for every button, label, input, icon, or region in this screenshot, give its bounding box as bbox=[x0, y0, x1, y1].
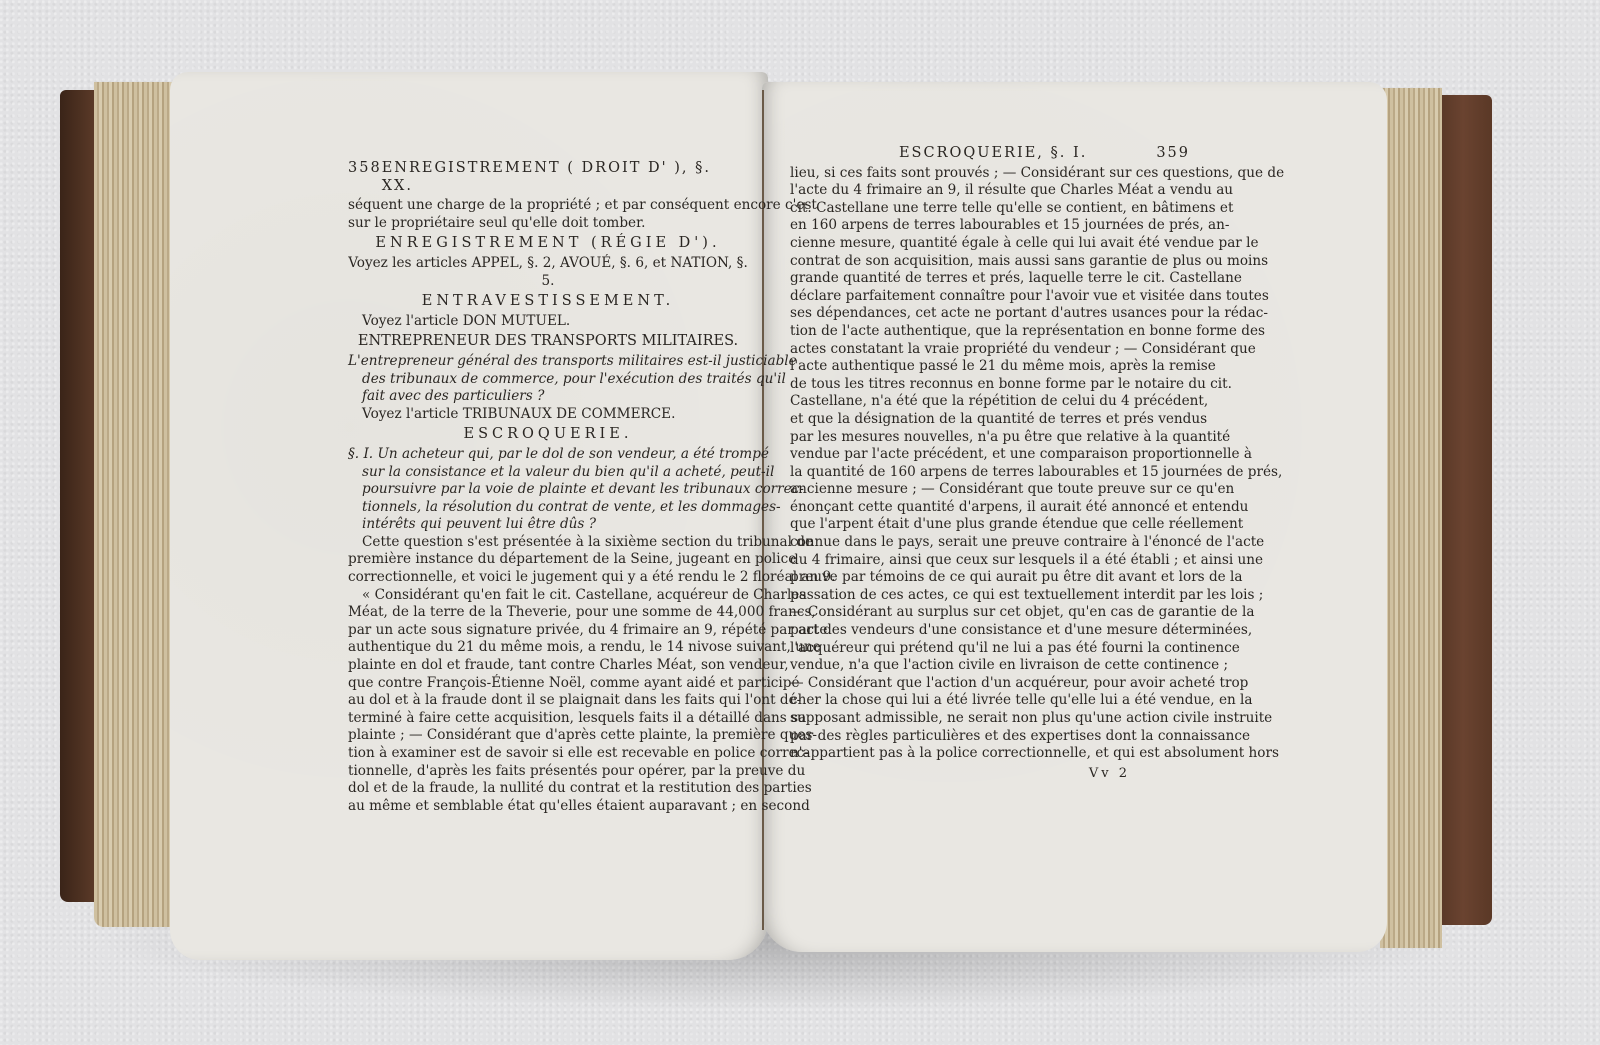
question-line: des tribunaux de commerce, pour l'exécut… bbox=[348, 371, 748, 389]
left-page-number: 358 bbox=[348, 160, 382, 195]
text-line: Castellane, n'a été que la répétition de… bbox=[790, 393, 1190, 411]
text-line: déclare parfaitement connaître pour l'av… bbox=[790, 288, 1190, 306]
text-line: authentique du 21 du même mois, a rendu,… bbox=[348, 639, 748, 657]
entry-title-escroquerie: ESCROQUERIE. bbox=[348, 426, 748, 444]
text-line: et que la désignation de la quantité de … bbox=[790, 411, 1190, 429]
text-line: tionnelle, d'après les faits présentés p… bbox=[348, 763, 748, 781]
text-line: cit. Castellane une terre telle qu'elle … bbox=[790, 200, 1190, 218]
text-line: que contre François-Étienne Noël, comme … bbox=[348, 675, 748, 693]
text-line: ses dépendances, cet acte ne portant d'a… bbox=[790, 305, 1190, 323]
text-line: passation de ces actes, ce qui est textu… bbox=[790, 587, 1190, 605]
question-line: fait avec des particuliers ? bbox=[348, 388, 748, 406]
question-line: tionnels, la résolution du contrat de ve… bbox=[348, 499, 748, 517]
text-line: du 4 frimaire, ainsi que ceux sur lesque… bbox=[790, 552, 1190, 570]
text-line: par un acte sous signature privée, du 4 … bbox=[348, 622, 748, 640]
text-line: correctionnelle, et voici le jugement qu… bbox=[348, 569, 748, 587]
text-line: grande quantité de terres et prés, laque… bbox=[790, 270, 1190, 288]
entry-title-entravestissement: ENTRAVESTISSEMENT. bbox=[348, 293, 748, 311]
text-line: l'acte du 4 frimaire an 9, il résulte qu… bbox=[790, 182, 1190, 200]
text-line: en 160 arpens de terres labourables et 1… bbox=[790, 217, 1190, 235]
text-line: vendue par l'acte précédent, et une comp… bbox=[790, 446, 1190, 464]
text-line: l'acte authentique passé le 21 du même m… bbox=[790, 358, 1190, 376]
text-line: cienne mesure, quantité égale à celle qu… bbox=[790, 235, 1190, 253]
text-line: première instance du département de la S… bbox=[348, 551, 748, 569]
text-line: la quantité de 160 arpens de terres labo… bbox=[790, 464, 1190, 482]
text-line: Cette question s'est présentée à la sixi… bbox=[348, 534, 748, 552]
left-running-title: ENREGISTREMENT ( DROIT D' ), §. XX. bbox=[382, 160, 748, 195]
text-line: terminé à faire cette acquisition, lesqu… bbox=[348, 710, 748, 728]
entry-title-entrepreneur: ENTREPRENEUR DES TRANSPORTS MILITAIRES. bbox=[348, 333, 748, 351]
question-line: L'entrepreneur général des transports mi… bbox=[348, 353, 748, 371]
entry-reference: Voyez l'article TRIBUNAUX DE COMMERCE. bbox=[348, 406, 748, 424]
text-line: Méat, de la terre de la Theverie, pour u… bbox=[348, 604, 748, 622]
text-line: — Considérant que l'action d'un acquéreu… bbox=[790, 675, 1190, 693]
text-line: preuve par témoins de ce qui aurait pu ê… bbox=[790, 569, 1190, 587]
text-line: vendue, n'a que l'action civile en livra… bbox=[790, 657, 1190, 675]
question-line: poursuivre par la voie de plainte et dev… bbox=[348, 481, 748, 499]
text-line: par des règles particulières et des expe… bbox=[790, 728, 1190, 746]
text-line: sur le propriétaire seul qu'elle doit to… bbox=[348, 215, 748, 233]
text-line: dol et de la fraude, la nullité du contr… bbox=[348, 780, 748, 798]
text-line: l'acquéreur qui prétend qu'il ne lui a p… bbox=[790, 640, 1190, 658]
entry-reference: Voyez l'article DON MUTUEL. bbox=[348, 313, 748, 331]
text-line: cher la chose qui lui a été livrée telle… bbox=[790, 692, 1190, 710]
left-running-head: 358 ENREGISTREMENT ( DROIT D' ), §. XX. bbox=[348, 160, 748, 195]
question-line: sur la consistance et la valeur du bien … bbox=[348, 464, 748, 482]
text-line: par les mesures nouvelles, n'a pu être q… bbox=[790, 429, 1190, 447]
right-page-text: ESCROQUERIE, §. I. 359 lieu, si ces fait… bbox=[790, 145, 1190, 782]
text-line: lieu, si ces faits sont prouvés ; — Cons… bbox=[790, 165, 1190, 183]
left-page-text: 358 ENREGISTREMENT ( DROIT D' ), §. XX. … bbox=[348, 160, 748, 815]
text-line: énonçant cette quantité d'arpens, il aur… bbox=[790, 499, 1190, 517]
text-line: au dol et à la fraude dont il se plaigna… bbox=[348, 692, 748, 710]
signature-mark: Vv 2 bbox=[790, 765, 1190, 783]
text-line: de tous les titres reconnus en bonne for… bbox=[790, 376, 1190, 394]
right-running-head: ESCROQUERIE, §. I. 359 bbox=[790, 145, 1190, 163]
question-line: intérêts qui peuvent lui être dûs ? bbox=[348, 516, 748, 534]
text-line: séquent une charge de la propriété ; et … bbox=[348, 197, 748, 215]
right-running-title: ESCROQUERIE, §. I. bbox=[899, 145, 1087, 163]
text-line: au même et semblable état qu'elles étaie… bbox=[348, 798, 748, 816]
right-page-block-edge bbox=[1380, 88, 1442, 948]
text-line: que l'arpent était d'une plus grande éte… bbox=[790, 516, 1190, 534]
text-line: tion de l'acte authentique, que la repré… bbox=[790, 323, 1190, 341]
text-line: tion à examiner est de savoir si elle es… bbox=[348, 745, 748, 763]
entry-reference: Voyez les articles APPEL, §. 2, AVOUÉ, §… bbox=[348, 255, 748, 290]
text-line: plainte en dol et fraude, tant contre Ch… bbox=[348, 657, 748, 675]
text-line: contrat de son acquisition, mais aussi s… bbox=[790, 253, 1190, 271]
text-line: supposant admissible, ne serait non plus… bbox=[790, 710, 1190, 728]
text-line: « Considérant qu'en fait le cit. Castell… bbox=[348, 587, 748, 605]
text-line: connue dans le pays, serait une preuve c… bbox=[790, 534, 1190, 552]
text-line: n'appartient pas à la police correctionn… bbox=[790, 745, 1190, 763]
text-line: part des vendeurs d'une consistance et d… bbox=[790, 622, 1190, 640]
text-line: ancienne mesure ; — Considérant que tout… bbox=[790, 481, 1190, 499]
text-line: actes constatant la vraie propriété du v… bbox=[790, 341, 1190, 359]
entry-title-enregistrement-regie: ENREGISTREMENT (RÉGIE D'). bbox=[348, 235, 748, 253]
right-page-number: 359 bbox=[1156, 145, 1190, 163]
text-line: plainte ; — Considérant que d'après cett… bbox=[348, 727, 748, 745]
question-line: §. I. Un acheteur qui, par le dol de son… bbox=[348, 446, 748, 464]
text-line: — Considérant au surplus sur cet objet, … bbox=[790, 604, 1190, 622]
